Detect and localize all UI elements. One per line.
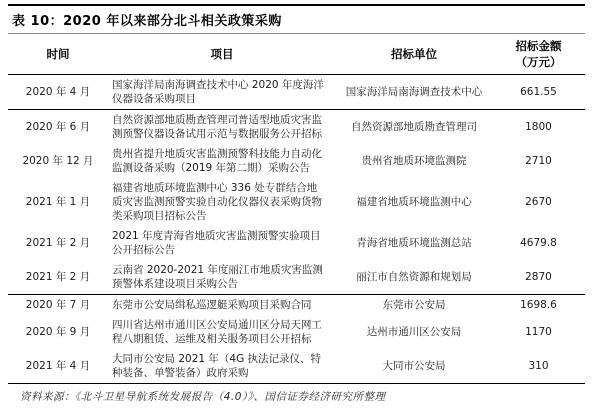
table-row: 2021 年 1 月福建省地质环境监测中心 336 处专群结合地质灾害监测预警实… bbox=[8, 178, 585, 226]
cell-project: 国家海洋局南海调查技术中心 2020 年度海洋仪器设备采购项目 bbox=[108, 75, 336, 110]
cell-project: 四川省达州市通川区公安局通川区分局天网工程八期租赁、运维及相关服务项目公开招标 bbox=[108, 315, 336, 349]
cell-time: 2020 年 4 月 bbox=[8, 75, 108, 110]
header-amount: 招标金额 （万元） bbox=[492, 34, 585, 75]
header-amount-line2: （万元） bbox=[494, 54, 583, 70]
cell-amount: 310 bbox=[492, 349, 585, 384]
cell-project: 2021 年度青海省地质灾害监测预警实验项目公开招标公告 bbox=[108, 226, 336, 260]
cell-project: 贵州省提升地质灾害监测预警科技能力自动化监测设备采购（2019 年第二期）采购公… bbox=[108, 144, 336, 178]
table-row: 2020 年 9 月四川省达州市通川区公安局通川区分局天网工程八期租赁、运维及相… bbox=[8, 315, 585, 349]
cell-amount: 4679.8 bbox=[492, 226, 585, 260]
cell-unit: 青海省地质环境监测总站 bbox=[336, 226, 492, 260]
cell-unit: 大同市公安局 bbox=[336, 349, 492, 384]
cell-time: 2020 年 7 月 bbox=[8, 295, 108, 316]
table-row: 2020 年 6 月自然资源部地质勘查管理司普适型地质灾害监测预警仪器设备试用示… bbox=[8, 110, 585, 145]
cell-project: 东莞市公安局缉私巡逻艇采购项目采购合同 bbox=[108, 295, 336, 316]
cell-amount: 1170 bbox=[492, 315, 585, 349]
table-header: 时间 项目 招标单位 招标金额 （万元） bbox=[8, 34, 585, 75]
cell-time: 2021 年 1 月 bbox=[8, 178, 108, 226]
cell-unit: 福建省地质环境监测中心 bbox=[336, 178, 492, 226]
cell-unit: 达州市通川区公安局 bbox=[336, 315, 492, 349]
cell-time: 2020 年 9 月 bbox=[8, 315, 108, 349]
cell-unit: 东莞市公安局 bbox=[336, 295, 492, 316]
cell-project: 云南省 2020-2021 年度丽江市地质灾害监测预警体系建设项目采购公告 bbox=[108, 260, 336, 295]
cell-unit: 国家海洋局南海调查技术中心 bbox=[336, 75, 492, 110]
cell-unit: 贵州省地质环境监测院 bbox=[336, 144, 492, 178]
header-project: 项目 bbox=[108, 34, 336, 75]
cell-unit: 丽江市自然资源和规划局 bbox=[336, 260, 492, 295]
source-note: 资料来源：《北斗卫星导航系统发展报告（4.0）》、国信证券经济研究所整理 bbox=[8, 384, 585, 404]
table-title-block: 表 10：2020 年以来部分北斗相关政策采购 bbox=[8, 4, 585, 34]
cell-time: 2021 年 2 月 bbox=[8, 226, 108, 260]
cell-amount: 1800 bbox=[492, 110, 585, 145]
cell-time: 2020 年 6 月 bbox=[8, 110, 108, 145]
table-row: 2021 年 4 月大同市公安局 2021 年（4G 执法记录仪、特种装备、单警… bbox=[8, 349, 585, 384]
header-row: 时间 项目 招标单位 招标金额 （万元） bbox=[8, 34, 585, 75]
table-row: 2021 年 2 月云南省 2020-2021 年度丽江市地质灾害监测预警体系建… bbox=[8, 260, 585, 295]
cell-time: 2020 年 12 月 bbox=[8, 144, 108, 178]
report-table-page: 表 10：2020 年以来部分北斗相关政策采购 时间 项目 招标单位 招标金额 … bbox=[0, 0, 593, 416]
cell-project: 大同市公安局 2021 年（4G 执法记录仪、特种装备、单警装备）政府采购 bbox=[108, 349, 336, 384]
cell-time: 2021 年 4 月 bbox=[8, 349, 108, 384]
cell-amount: 2870 bbox=[492, 260, 585, 295]
cell-amount: 1698.6 bbox=[492, 295, 585, 316]
procurement-table: 时间 项目 招标单位 招标金额 （万元） 2020 年 4 月国家海洋局南海调查… bbox=[8, 34, 585, 384]
table-row: 2020 年 7 月东莞市公安局缉私巡逻艇采购项目采购合同东莞市公安局1698.… bbox=[8, 295, 585, 316]
table-title: 表 10：2020 年以来部分北斗相关政策采购 bbox=[12, 14, 282, 29]
header-unit: 招标单位 bbox=[336, 34, 492, 75]
cell-amount: 2710 bbox=[492, 144, 585, 178]
cell-project: 自然资源部地质勘查管理司普适型地质灾害监测预警仪器设备试用示范与数据服务公开招标 bbox=[108, 110, 336, 145]
header-amount-line1: 招标金额 bbox=[494, 38, 583, 54]
cell-amount: 2670 bbox=[492, 178, 585, 226]
table-row: 2021 年 2 月2021 年度青海省地质灾害监测预警实验项目公开招标公告青海… bbox=[8, 226, 585, 260]
table-row: 2020 年 4 月国家海洋局南海调查技术中心 2020 年度海洋仪器设备采购项… bbox=[8, 75, 585, 110]
table-body: 2020 年 4 月国家海洋局南海调查技术中心 2020 年度海洋仪器设备采购项… bbox=[8, 75, 585, 384]
header-time: 时间 bbox=[8, 34, 108, 75]
cell-time: 2021 年 2 月 bbox=[8, 260, 108, 295]
cell-amount: 661.55 bbox=[492, 75, 585, 110]
cell-project: 福建省地质环境监测中心 336 处专群结合地质灾害监测预警实验自动化仪器仪表采购… bbox=[108, 178, 336, 226]
table-row: 2020 年 12 月贵州省提升地质灾害监测预警科技能力自动化监测设备采购（20… bbox=[8, 144, 585, 178]
cell-unit: 自然资源部地质勘查管理司 bbox=[336, 110, 492, 145]
